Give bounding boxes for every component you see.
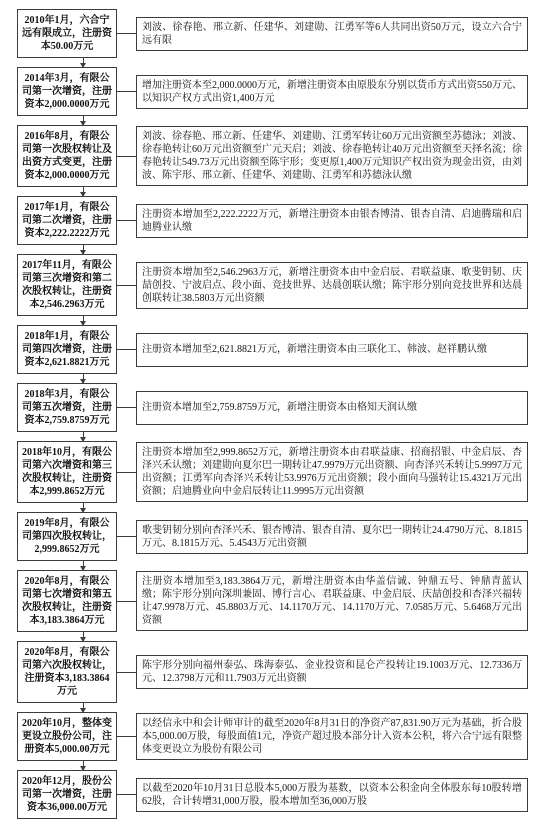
flow-row-10: 2020年8月，有限公司第七次增资和第五次股权转让，注册资本3,183.3864… — [17, 570, 528, 632]
flow-row-4: 2017年1月，有限公司第二次增资，注册资本2,222.2222万元 注册资本增… — [17, 196, 528, 245]
stage-box-2017-01: 2017年1月，有限公司第二次增资，注册资本2,222.2222万元 — [17, 196, 117, 245]
connector-line — [117, 407, 136, 408]
stage-box-2020-10: 2020年10月，整体变更设立股份公司，注册资本5,000.00万元 — [17, 712, 117, 761]
capital-evolution-flowchart: 2010年1月，六合宁远有限成立，注册资本50.00万元 刘波、徐春艳、邢立新、… — [0, 0, 536, 828]
connector-line — [117, 349, 136, 350]
flow-row-7: 2018年3月，有限公司第五次增资，注册资本2,759.8759万元 注册资本增… — [17, 383, 528, 432]
stage-box-2014-03: 2014年3月，有限公司第一次增资，注册资本2,000.0000万元 — [17, 67, 117, 116]
stage-box-2019-08: 2019年8月，有限公司第四次股权转让，2,999.8652万元 — [17, 512, 117, 561]
detail-box-2018-10: 注册资本增加至2,999.8652万元，新增注册资本由君联益康、招商招银、中金启… — [136, 442, 528, 502]
connector-line — [117, 736, 136, 737]
connector-line — [117, 672, 136, 673]
connector-line — [117, 472, 136, 473]
down-arrow-icon — [83, 703, 84, 712]
down-arrow-icon — [83, 761, 84, 770]
stage-box-2017-11: 2017年11月，有限公司第三次增资和第二次股权转让，注册资本2,546.296… — [17, 254, 117, 316]
stage-box-2018-10: 2018年10月，有限公司第六次增资和第三次股权转让，注册资本2,999.865… — [17, 441, 117, 503]
connector-line — [117, 33, 136, 34]
detail-box-2019-08: 歌斐钥韧分别向杏泽兴禾、银杏博清、银杏自清、夏尔巴一期转让24.4790万元、8… — [136, 520, 528, 554]
flow-row-1: 2010年1月，六合宁远有限成立，注册资本50.00万元 刘波、徐春艳、邢立新、… — [17, 9, 528, 58]
detail-box-2014-03: 增加注册资本至2,000.0000万元，新增注册资本由原股东分别以货币方式出资5… — [136, 75, 528, 109]
detail-box-2020-12: 以截至2020年10月31日总股本5,000万股为基数，以资本公积金向全体股东每… — [136, 778, 528, 812]
down-arrow-icon — [83, 432, 84, 441]
down-arrow-icon — [83, 374, 84, 383]
connector-line — [117, 285, 136, 286]
stage-box-2018-01: 2018年1月，有限公司第四次增资，注册资本2,621.8821万元 — [17, 325, 117, 374]
down-arrow-icon — [83, 116, 84, 125]
flow-row-12: 2020年10月，整体变更设立股份公司，注册资本5,000.00万元 以经信永中… — [17, 712, 528, 761]
detail-box-2017-01: 注册资本增加至2,222.2222万元，新增注册资本由银杏博清、银杏自清、启迪腾… — [136, 204, 528, 238]
connector-line — [117, 220, 136, 221]
detail-box-2016-08: 刘波、徐春艳、邢立新、任建华、刘建勋、江勇军转让60万元出资额至苏德泳；刘波、徐… — [136, 126, 528, 186]
flow-row-6: 2018年1月，有限公司第四次增资，注册资本2,621.8821万元 注册资本增… — [17, 325, 528, 374]
connector-line — [117, 536, 136, 537]
stage-box-2018-03: 2018年3月，有限公司第五次增资，注册资本2,759.8759万元 — [17, 383, 117, 432]
stage-box-2020-08-b: 2020年8月，有限公司第六次股权转让，注册资本3,183.3864万元 — [17, 641, 117, 703]
detail-box-2018-03: 注册资本增加至2,759.8759万元，新增注册资本由格知天润认缴 — [136, 391, 528, 425]
connector-line — [117, 156, 136, 157]
detail-box-2017-11: 注册资本增加至2,546.2963万元，新增注册资本由中金启辰、君联益康、歌斐钥… — [136, 262, 528, 309]
down-arrow-icon — [83, 632, 84, 641]
flow-row-8: 2018年10月，有限公司第六次增资和第三次股权转让，注册资本2,999.865… — [17, 441, 528, 503]
down-arrow-icon — [83, 503, 84, 512]
stage-box-2016-08: 2016年8月，有限公司第一次股权转让及出资方式变更，注册资本2,000.000… — [17, 125, 117, 187]
down-arrow-icon — [83, 187, 84, 196]
down-arrow-icon — [83, 245, 84, 254]
detail-box-2020-10: 以经信永中和会计师审计的截至2020年8月31日的净资产87,831.90万元为… — [136, 713, 528, 760]
down-arrow-icon — [83, 58, 84, 67]
connector-line — [117, 601, 136, 602]
detail-box-2010-01: 刘波、徐春艳、邢立新、任建华、刘建勋、江勇军等6人共同出资50万元，设立六合宁远… — [136, 17, 528, 51]
detail-box-2018-01: 注册资本增加至2,621.8821万元，新增注册资本由三联化工、韩波、赵祥鹏认缴 — [136, 333, 528, 367]
down-arrow-icon — [83, 316, 84, 325]
connector-line — [117, 794, 136, 795]
flow-row-3: 2016年8月，有限公司第一次股权转让及出资方式变更，注册资本2,000.000… — [17, 125, 528, 187]
stage-box-2020-12: 2020年12月，股份公司第一次增资，注册资本36,000.00万元 — [17, 770, 117, 819]
flow-row-5: 2017年11月，有限公司第三次增资和第二次股权转让，注册资本2,546.296… — [17, 254, 528, 316]
detail-box-2020-08-a: 注册资本增加至3,183.3864万元，新增注册资本由华盖信诚、钟鼎五号、钟鼎青… — [136, 571, 528, 631]
stage-box-2020-08-a: 2020年8月，有限公司第七次增资和第五次股权转让，注册资本3,183.3864… — [17, 570, 117, 632]
detail-box-2020-08-b: 陈宇形分别向福州泰弘、珠海泰弘、金业投资和昆仑产投转让19.1003万元、12.… — [136, 655, 528, 689]
flow-row-13: 2020年12月，股份公司第一次增资，注册资本36,000.00万元 以截至20… — [17, 770, 528, 819]
down-arrow-icon — [83, 561, 84, 570]
flow-row-11: 2020年8月，有限公司第六次股权转让，注册资本3,183.3864万元 陈宇形… — [17, 641, 528, 703]
flow-row-2: 2014年3月，有限公司第一次增资，注册资本2,000.0000万元 增加注册资… — [17, 67, 528, 116]
flow-row-9: 2019年8月，有限公司第四次股权转让，2,999.8652万元 歌斐钥韧分别向… — [17, 512, 528, 561]
stage-box-2010-01: 2010年1月，六合宁远有限成立，注册资本50.00万元 — [17, 9, 117, 58]
connector-line — [117, 91, 136, 92]
